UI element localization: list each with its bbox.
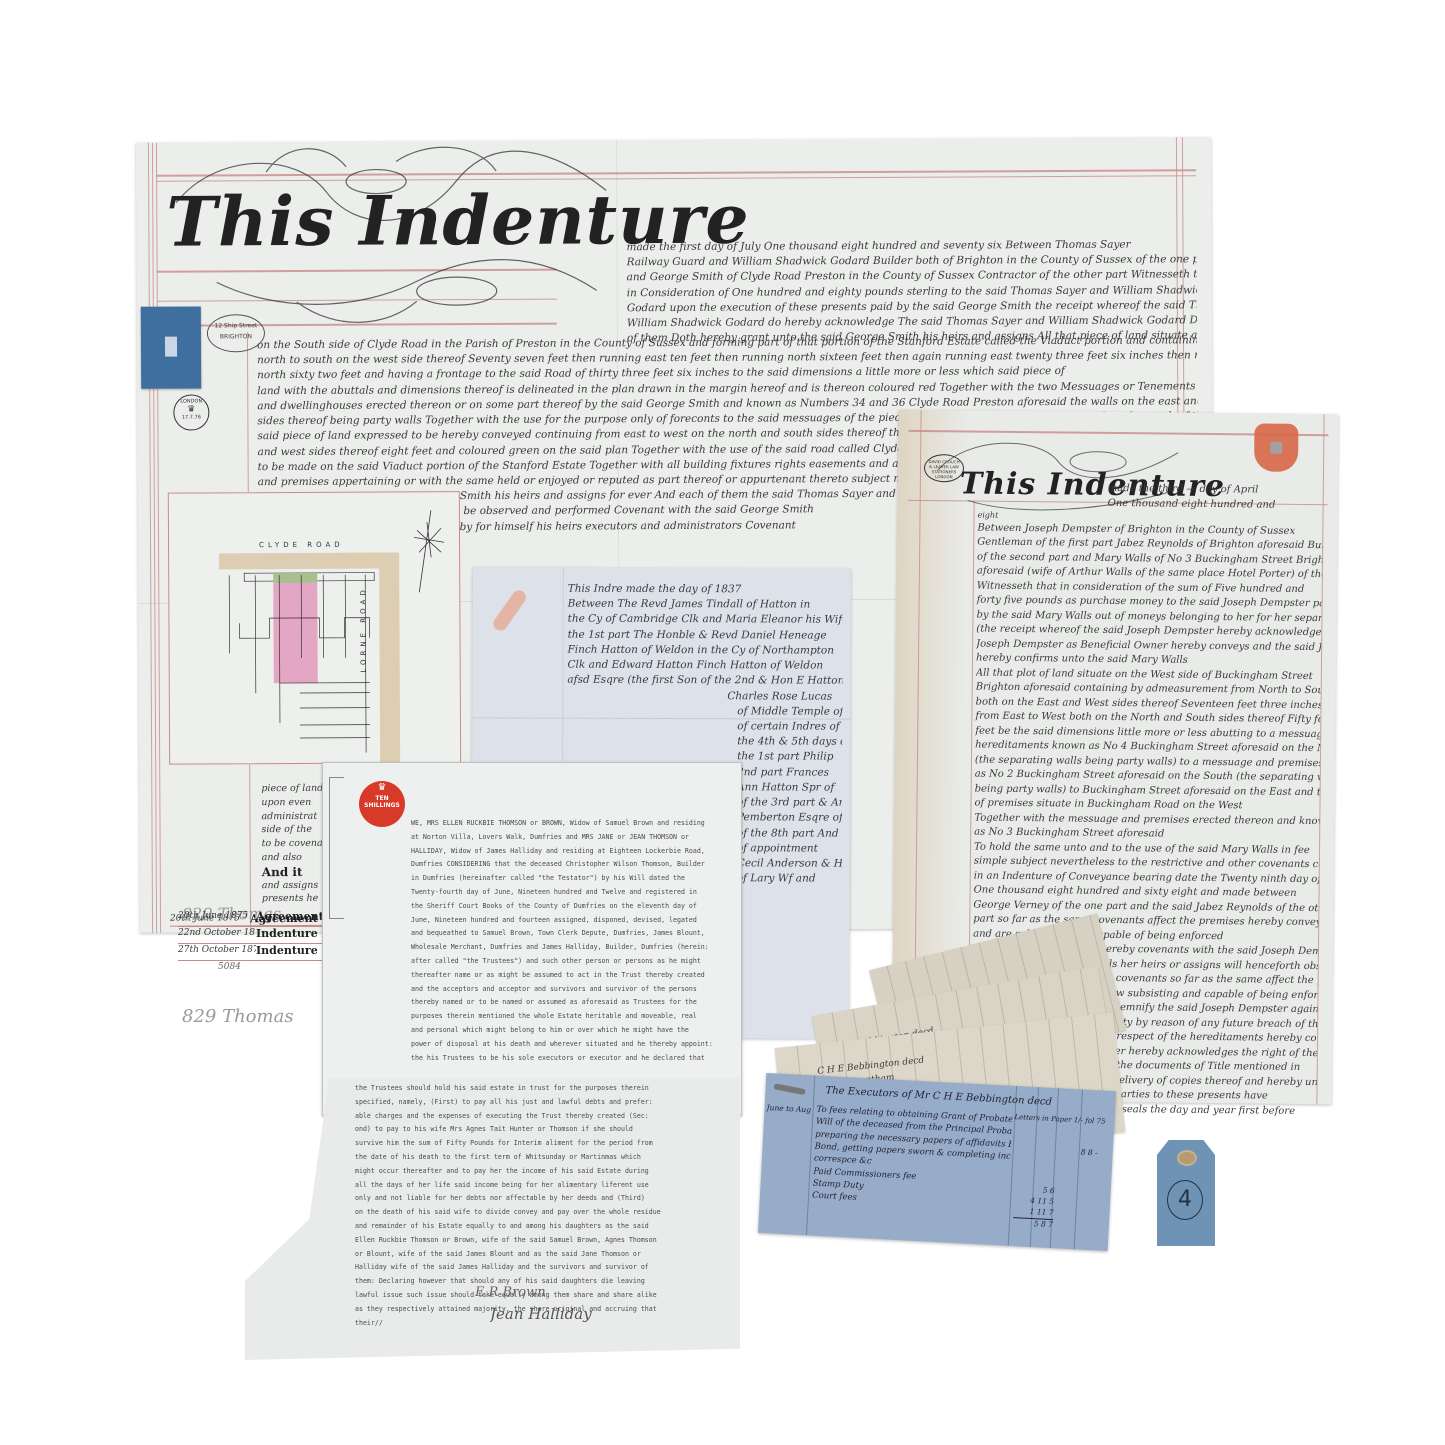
text-line: Finch Hatton of Weldon in the Cy of Nort…	[568, 643, 843, 659]
stationer-city: BRIGHTON	[208, 333, 264, 340]
text-line: of certain Indres of	[567, 719, 842, 735]
paper-clip-icon	[773, 1083, 806, 1095]
text-line: thereby named or to be named or assumed …	[411, 996, 731, 1010]
text-line: able charges and the expenses of executi…	[355, 1110, 735, 1124]
endorsement-date: 20th June 1875	[178, 910, 256, 926]
typed-text-upper: WE, MRS ELLEN RUCKBIE THOMSON or BROWN, …	[411, 817, 731, 1065]
road-label-clyde: CLYDE ROAD	[259, 541, 344, 549]
text-line: WE, MRS ELLEN RUCKBIE THOMSON or BROWN, …	[411, 817, 731, 831]
ledger-date: June to Aug 1875	[766, 1103, 813, 1116]
seal-center-icon	[1270, 442, 1282, 454]
text-line: and the acceptors and acceptor and survi…	[411, 983, 731, 997]
crown-icon: ♛	[174, 404, 208, 414]
ledger-entries: To fees relating to obtaining Grant of P…	[812, 1104, 1013, 1213]
blue-revenue-stamp	[141, 306, 201, 388]
text-line: survive him the sum of Fifty Pounds for …	[355, 1137, 735, 1151]
text-line: Ellen Ruckbie Thomson or Brown, wife of …	[355, 1234, 735, 1248]
text-line: at Norton Villa, Lovers Walk, Dumfries a…	[411, 831, 731, 845]
seal-label-line: TEN	[359, 795, 405, 802]
text-line: the 4th & 5th days of July	[567, 734, 842, 750]
endorsement-row: 27th October 1875 Indenture	[178, 944, 328, 961]
binding-strip	[329, 777, 344, 919]
endorsement-date: 27th October 1875	[178, 944, 256, 960]
text-line: specified, namely, (First) to pay all hi…	[355, 1096, 735, 1110]
text-line: in Dumfries (hereinafter called "the Tes…	[411, 872, 731, 886]
site-plan-box: CLYDE ROAD LORNE ROAD	[168, 491, 461, 765]
text-line: the Sheriff Court Books of the County of…	[411, 900, 731, 914]
tag-eyelet	[1177, 1150, 1197, 1166]
heading-text-block: made the first day of July One thousand …	[626, 237, 1197, 347]
stamp-emblem-icon	[165, 337, 177, 357]
text-line: Dumfries CONSIDERING that the deceased C…	[411, 858, 731, 872]
signature-brown: E R Brown	[475, 1284, 546, 1303]
text-line: all the days of her life said income bei…	[355, 1179, 735, 1193]
wax-seal-remnant	[491, 588, 529, 634]
seal-label-line: SHILLINGS	[359, 802, 405, 809]
stationer-address-line: 12 Ship Street	[208, 322, 264, 329]
ledger-column-note: Letters in Paper 1/- fol 75	[1014, 1112, 1105, 1127]
postmark-date: 17.7.76	[174, 414, 208, 420]
ledger-amounts: 5 6 4 11 5 1 11 7 5 8 7	[1013, 1184, 1055, 1231]
text-line: the date of his death to the first term …	[355, 1151, 735, 1165]
compass-rose-icon	[414, 510, 444, 592]
text-line: June, Nineteen hundred and fourteen assi…	[411, 914, 731, 928]
text-line: HALLIDAY, Widow of James Halliday and re…	[411, 845, 731, 859]
text-line: and remainder of his Estate equally to a…	[355, 1220, 735, 1234]
ledger-total: 8 8 -	[1080, 1148, 1097, 1160]
ledger-amount: 5 8 7	[1013, 1217, 1054, 1231]
text-line: the 1st part The Honble & Revd Daniel He…	[568, 627, 843, 643]
text-line: ond) to pay to his wife Mrs Agnes Tait H…	[355, 1123, 735, 1137]
signature-halliday: Jean Halliday	[490, 1304, 592, 1326]
endorsement-label: Indenture	[256, 927, 318, 943]
tag-number: 4	[1178, 1187, 1192, 1212]
ten-shillings-seal: ♛ TEN SHILLINGS	[359, 781, 405, 827]
endorsement-label: Agreement	[256, 910, 324, 926]
text-line: Wholesale Merchant, Dumfries and James H…	[411, 941, 731, 955]
text-line: might occur thereafter and to pay her th…	[355, 1165, 735, 1179]
typed-deed-lower-page: the Trustees should hold his said estate…	[245, 1078, 740, 1360]
endorsement-label: Indenture	[256, 944, 318, 960]
text-line: of Middle Temple of the	[567, 703, 842, 719]
text-line: and personal which might belong to him o…	[411, 1024, 731, 1038]
text-line: on the death of his said wife to divide …	[355, 1206, 735, 1220]
endorsement-date: 22nd October 1875	[178, 927, 256, 943]
text-line: Halliday wife of the said James Halliday…	[355, 1261, 735, 1275]
endorsement-row: 20th June 1875 Agreement	[178, 910, 328, 927]
text-line: the Trustees should hold his said estate…	[355, 1082, 735, 1096]
text-line: the Cy of Cambridge Clk and Maria Eleano…	[568, 612, 843, 628]
typed-deed: ♛ TEN SHILLINGS WE, MRS ELLEN RUCKBIE TH…	[322, 762, 742, 1116]
text-line: Clk and Edward Hatton Finch Hatton of We…	[567, 658, 842, 674]
pencil-note: 829 Thomas	[182, 1004, 294, 1030]
text-line: Between The Revd James Tindall of Hatton…	[568, 597, 843, 613]
road-label-lorne: LORNE ROAD	[359, 586, 367, 672]
endorsement-list: 20th June 1875 Agreement 22nd October 18…	[178, 910, 328, 974]
crown-icon: ♛	[359, 781, 405, 795]
text-line: Charles Rose Lucas	[567, 688, 842, 704]
site-plan-drawing	[169, 492, 460, 764]
luggage-tag: 4	[1157, 1140, 1215, 1246]
endorsement-row: 22nd October 1875 Indenture	[178, 927, 328, 944]
pencil-endorsement	[676, 181, 1176, 197]
tag-number-circle: 4	[1167, 1180, 1203, 1220]
text-line: the his Trustees to be his sole executor…	[411, 1052, 731, 1066]
text-line: This Indre made the day of 1837	[568, 582, 843, 598]
orange-embossed-seal	[1254, 423, 1299, 471]
endorsement-note: 5084	[178, 961, 328, 974]
ledger-card-blue: The Executors of Mr C H E Bebbington dec…	[758, 1073, 1116, 1251]
text-line: power of disposal at his death and where…	[411, 1038, 731, 1052]
text-line: thereafter name or as might be assumed t…	[411, 969, 731, 983]
text-line: Twenty-fourth day of June, Nineteen hund…	[411, 886, 731, 900]
text-line: or Blount, wife of the said James Blount…	[355, 1248, 735, 1262]
text-line: and bequeathed to Samuel Brown, Town Cle…	[411, 927, 731, 941]
postmark-stamp: LONDON ♛ 17.7.76	[173, 394, 209, 430]
text-line: after called "the Trustees") and such ot…	[411, 955, 731, 969]
text-line: only and not liable for her debts nor af…	[355, 1192, 735, 1206]
text-line: purposes therein mentioned the whole Est…	[411, 1010, 731, 1024]
text-line: afsd Esqre (the first Son of the 2nd & H…	[567, 673, 842, 689]
